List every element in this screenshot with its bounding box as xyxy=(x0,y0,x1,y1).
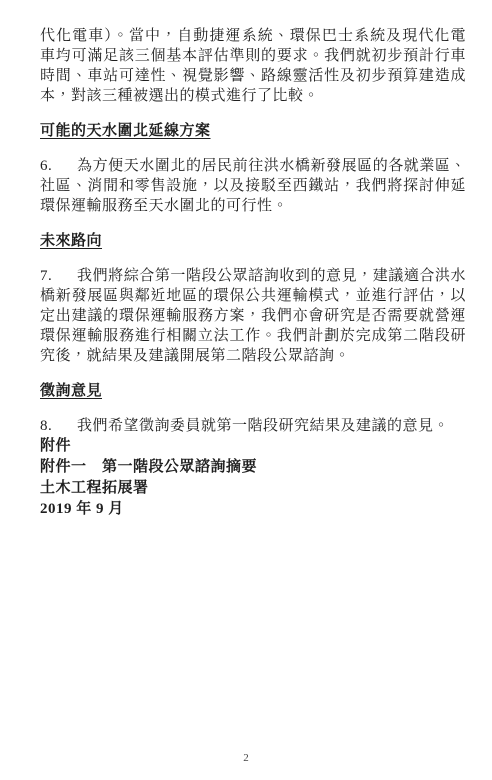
paragraph-6-number: 6. xyxy=(40,156,77,176)
signature-block: 土木工程拓展署 2019 年 9 月 xyxy=(40,478,466,520)
annex-block: 附件 附件一 第一階段公眾諮詢摘要 xyxy=(40,436,466,478)
paragraph-7-number: 7. xyxy=(40,266,77,286)
paragraph-8-text: 我們希望徵詢委員就第一階段研究結果及建議的意見。 xyxy=(77,418,449,434)
paragraph-6-text: 為方便天水圍北的居民前往洪水橋新發展區的各就業區、社區、消閒和零售設施，以及接駁… xyxy=(40,158,466,214)
paragraph-continuation: 代化電車）。當中，自動捷運系統、環保巴士系統及現代化電車均可滿足該三個基本評估準… xyxy=(40,26,466,106)
paragraph-7-text: 我們將綜合第一階段公眾諮詢收到的意見，建議適合洪水橋新發展區與鄰近地區的環保公共… xyxy=(40,268,466,364)
annex-label: 附件 xyxy=(40,436,466,457)
page-number: 2 xyxy=(0,752,492,764)
paragraph-8: 8.我們希望徵詢委員就第一階段研究結果及建議的意見。 xyxy=(40,416,466,436)
paragraph-6: 6.為方便天水圍北的居民前往洪水橋新發展區的各就業區、社區、消閒和零售設施，以及… xyxy=(40,156,466,216)
paragraph-7: 7.我們將綜合第一階段公眾諮詢收到的意見，建議適合洪水橋新發展區與鄰近地區的環保… xyxy=(40,266,466,366)
document-page: 代化電車）。當中，自動捷運系統、環保巴士系統及現代化電車均可滿足該三個基本評估準… xyxy=(0,0,492,780)
heading-way-forward: 未來路向 xyxy=(40,231,466,251)
page-content: 代化電車）。當中，自動捷運系統、環保巴士系統及現代化電車均可滿足該三個基本評估準… xyxy=(40,26,466,520)
heading-advice-sought: 徵詢意見 xyxy=(40,381,466,401)
document-date: 2019 年 9 月 xyxy=(40,499,466,520)
department-name: 土木工程拓展署 xyxy=(40,478,466,499)
paragraph-8-number: 8. xyxy=(40,416,77,436)
heading-tin-shui-wai-north-extension: 可能的天水圍北延線方案 xyxy=(40,121,466,141)
annex-item: 附件一 第一階段公眾諮詢摘要 xyxy=(40,457,466,478)
